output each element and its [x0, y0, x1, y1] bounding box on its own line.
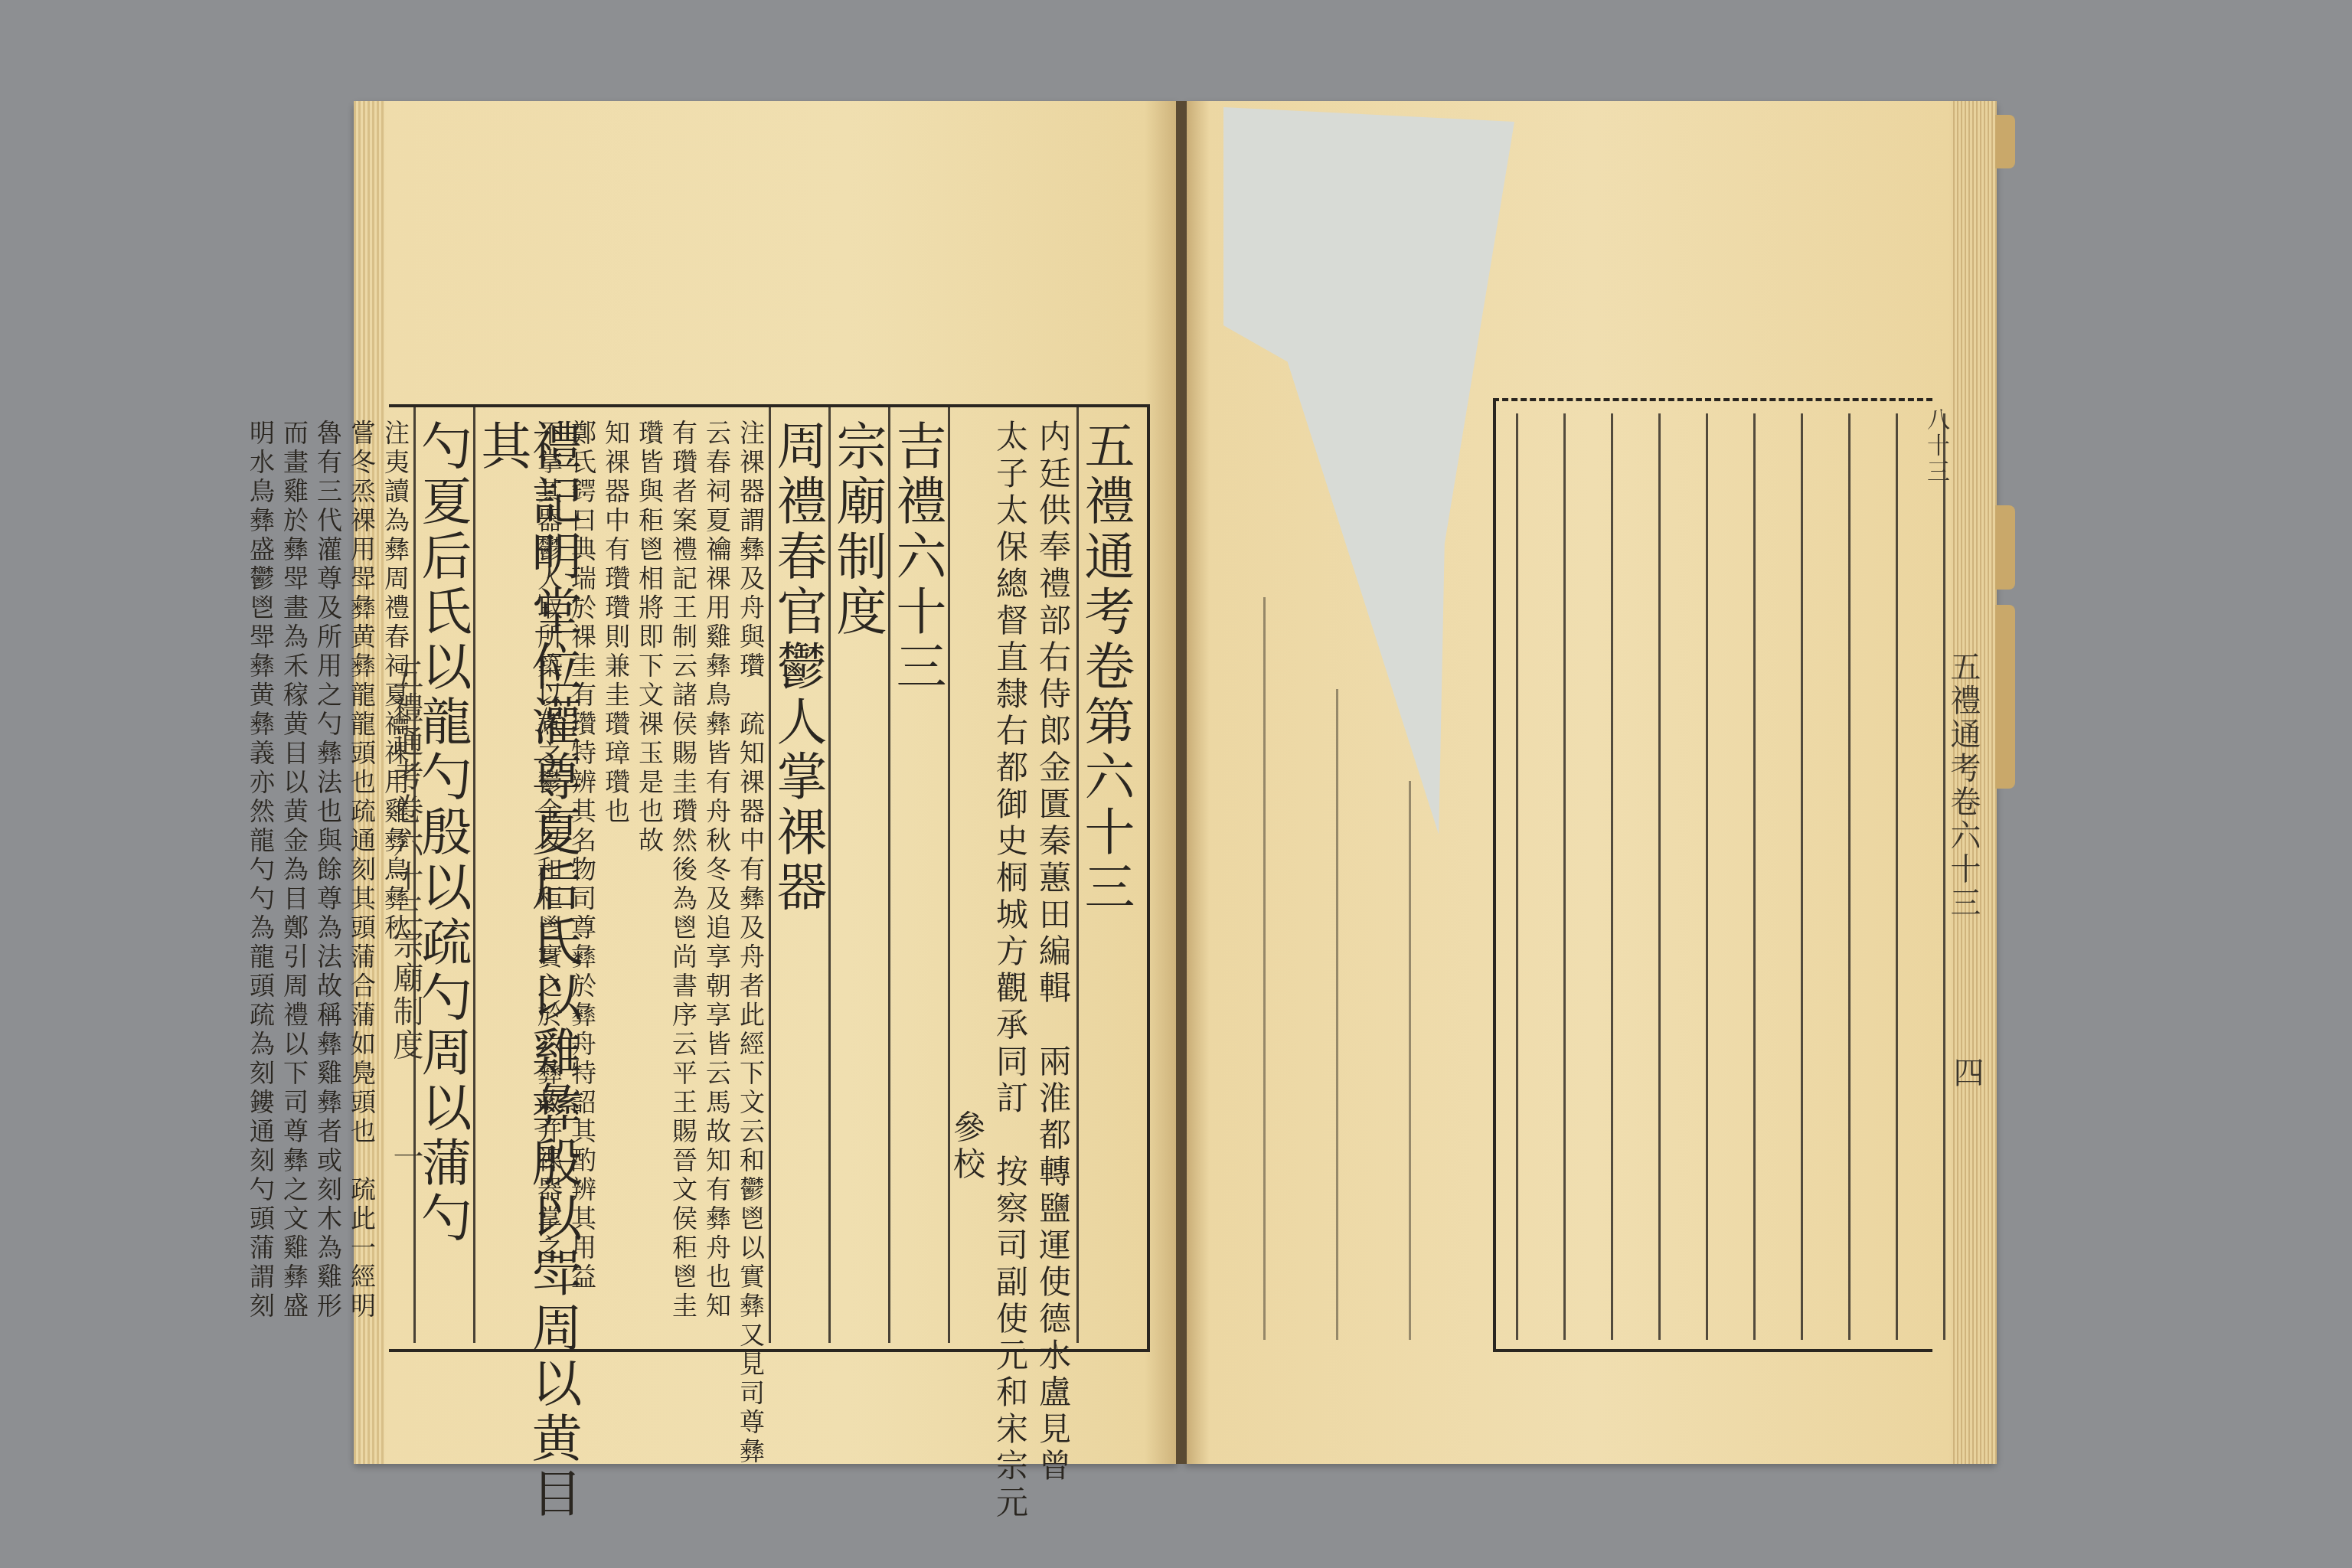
text-column: 魯有三代灌尊及所用之勺彝法也與餘尊為法故稱彝雞彝者或刻木為雞形	[315, 420, 341, 1321]
text-column: 瓚皆與秬鬯相將即下文祼玉是也故	[637, 420, 662, 856]
text-column: 宗廟制度	[831, 420, 882, 640]
text-column: 嘗冬烝祼用斝彝黄彝龍龍頭也疏通刻其頭蒲合蒲如鳧頭也 疏此一經明	[349, 420, 374, 1321]
ruled-column-line	[1896, 413, 1898, 1340]
ruled-column-line	[1706, 413, 1708, 1340]
ruled-column-line	[1753, 413, 1756, 1340]
left-margin-page-number: 一	[384, 1141, 428, 1174]
column-rule	[888, 407, 890, 1343]
text-column: 吉禮六十三	[891, 420, 942, 695]
text-column: 五禮通考卷第六十三	[1080, 420, 1130, 916]
column-rule	[828, 407, 831, 1343]
ruled-column-line	[1658, 413, 1661, 1340]
text-column: 禮記明堂位灌尊夏后氏以雞彝殷以斝周以黄目其	[476, 420, 577, 1568]
column-rule	[948, 407, 950, 1343]
column-rule	[769, 407, 771, 1343]
text-column: 太子太保總督直隸右都御史桐城方觀承同訂 按察司副使元和宋宗元	[994, 420, 1026, 1522]
ruled-column-line	[1409, 781, 1411, 1340]
ruled-column-line	[1611, 413, 1613, 1340]
text-column: 内廷供奉禮部右侍郎金匱秦蕙田編輯 兩淮都轉鹽運使德水盧見曾	[1037, 420, 1069, 1485]
right-margin-page-number: 四	[1945, 1057, 1988, 1090]
text-column: 注祼器謂彝及舟與瓚 疏知祼器中有彝及舟者此經下文云和鬱鬯以實彝又見司尊彝	[738, 420, 763, 1467]
text-column: 周禮春官鬱人掌祼器	[772, 420, 822, 916]
column-rule	[1076, 407, 1079, 1343]
text-column: 而畫雞於彝斝畫為禾稼黄目以黄金為目鄭引周禮以下司尊彝之文雞彝盛	[282, 420, 307, 1321]
page-tab	[1995, 505, 2015, 590]
right-page-frame	[1493, 398, 1932, 1352]
ruled-column-line	[1801, 413, 1803, 1340]
left-margin-label: 五禮通考卷六十三宗廟制度	[384, 658, 428, 1063]
ruled-column-line	[1516, 413, 1518, 1340]
book-gutter	[1176, 101, 1187, 1464]
column-rule	[473, 407, 475, 1343]
ruled-column-line	[1563, 413, 1566, 1340]
right-corner-label: 八十三	[1919, 407, 1952, 485]
text-column: 云春祠夏禴祼用雞彝鳥彝皆有舟秋冬及追享朝享皆云馬故知有彝舟也知	[704, 420, 730, 1321]
page-tab	[1995, 605, 2015, 789]
right-margin-label: 五禮通考卷六十三	[1942, 651, 1985, 920]
page-tab	[1995, 115, 2015, 168]
ruled-column-line	[1848, 413, 1851, 1340]
text-column: 明水鳥彝盛鬱鬯斝彝黄彝義亦然龍勺勺為龍頭疏為刻鏤通刻勺頭蒲謂刻	[248, 420, 273, 1321]
ruled-column-line	[1263, 597, 1266, 1340]
ruled-column-line	[1336, 689, 1338, 1340]
text-column: 參校	[951, 1110, 983, 1184]
text-column: 有瓚者案禮記王制云諸侯賜圭瓚然後為鬯尚書序云平王賜晉文侯秬鬯圭	[671, 420, 696, 1321]
text-column: 知祼器中有瓚瓚則兼圭瓚璋瓚也	[603, 420, 629, 827]
